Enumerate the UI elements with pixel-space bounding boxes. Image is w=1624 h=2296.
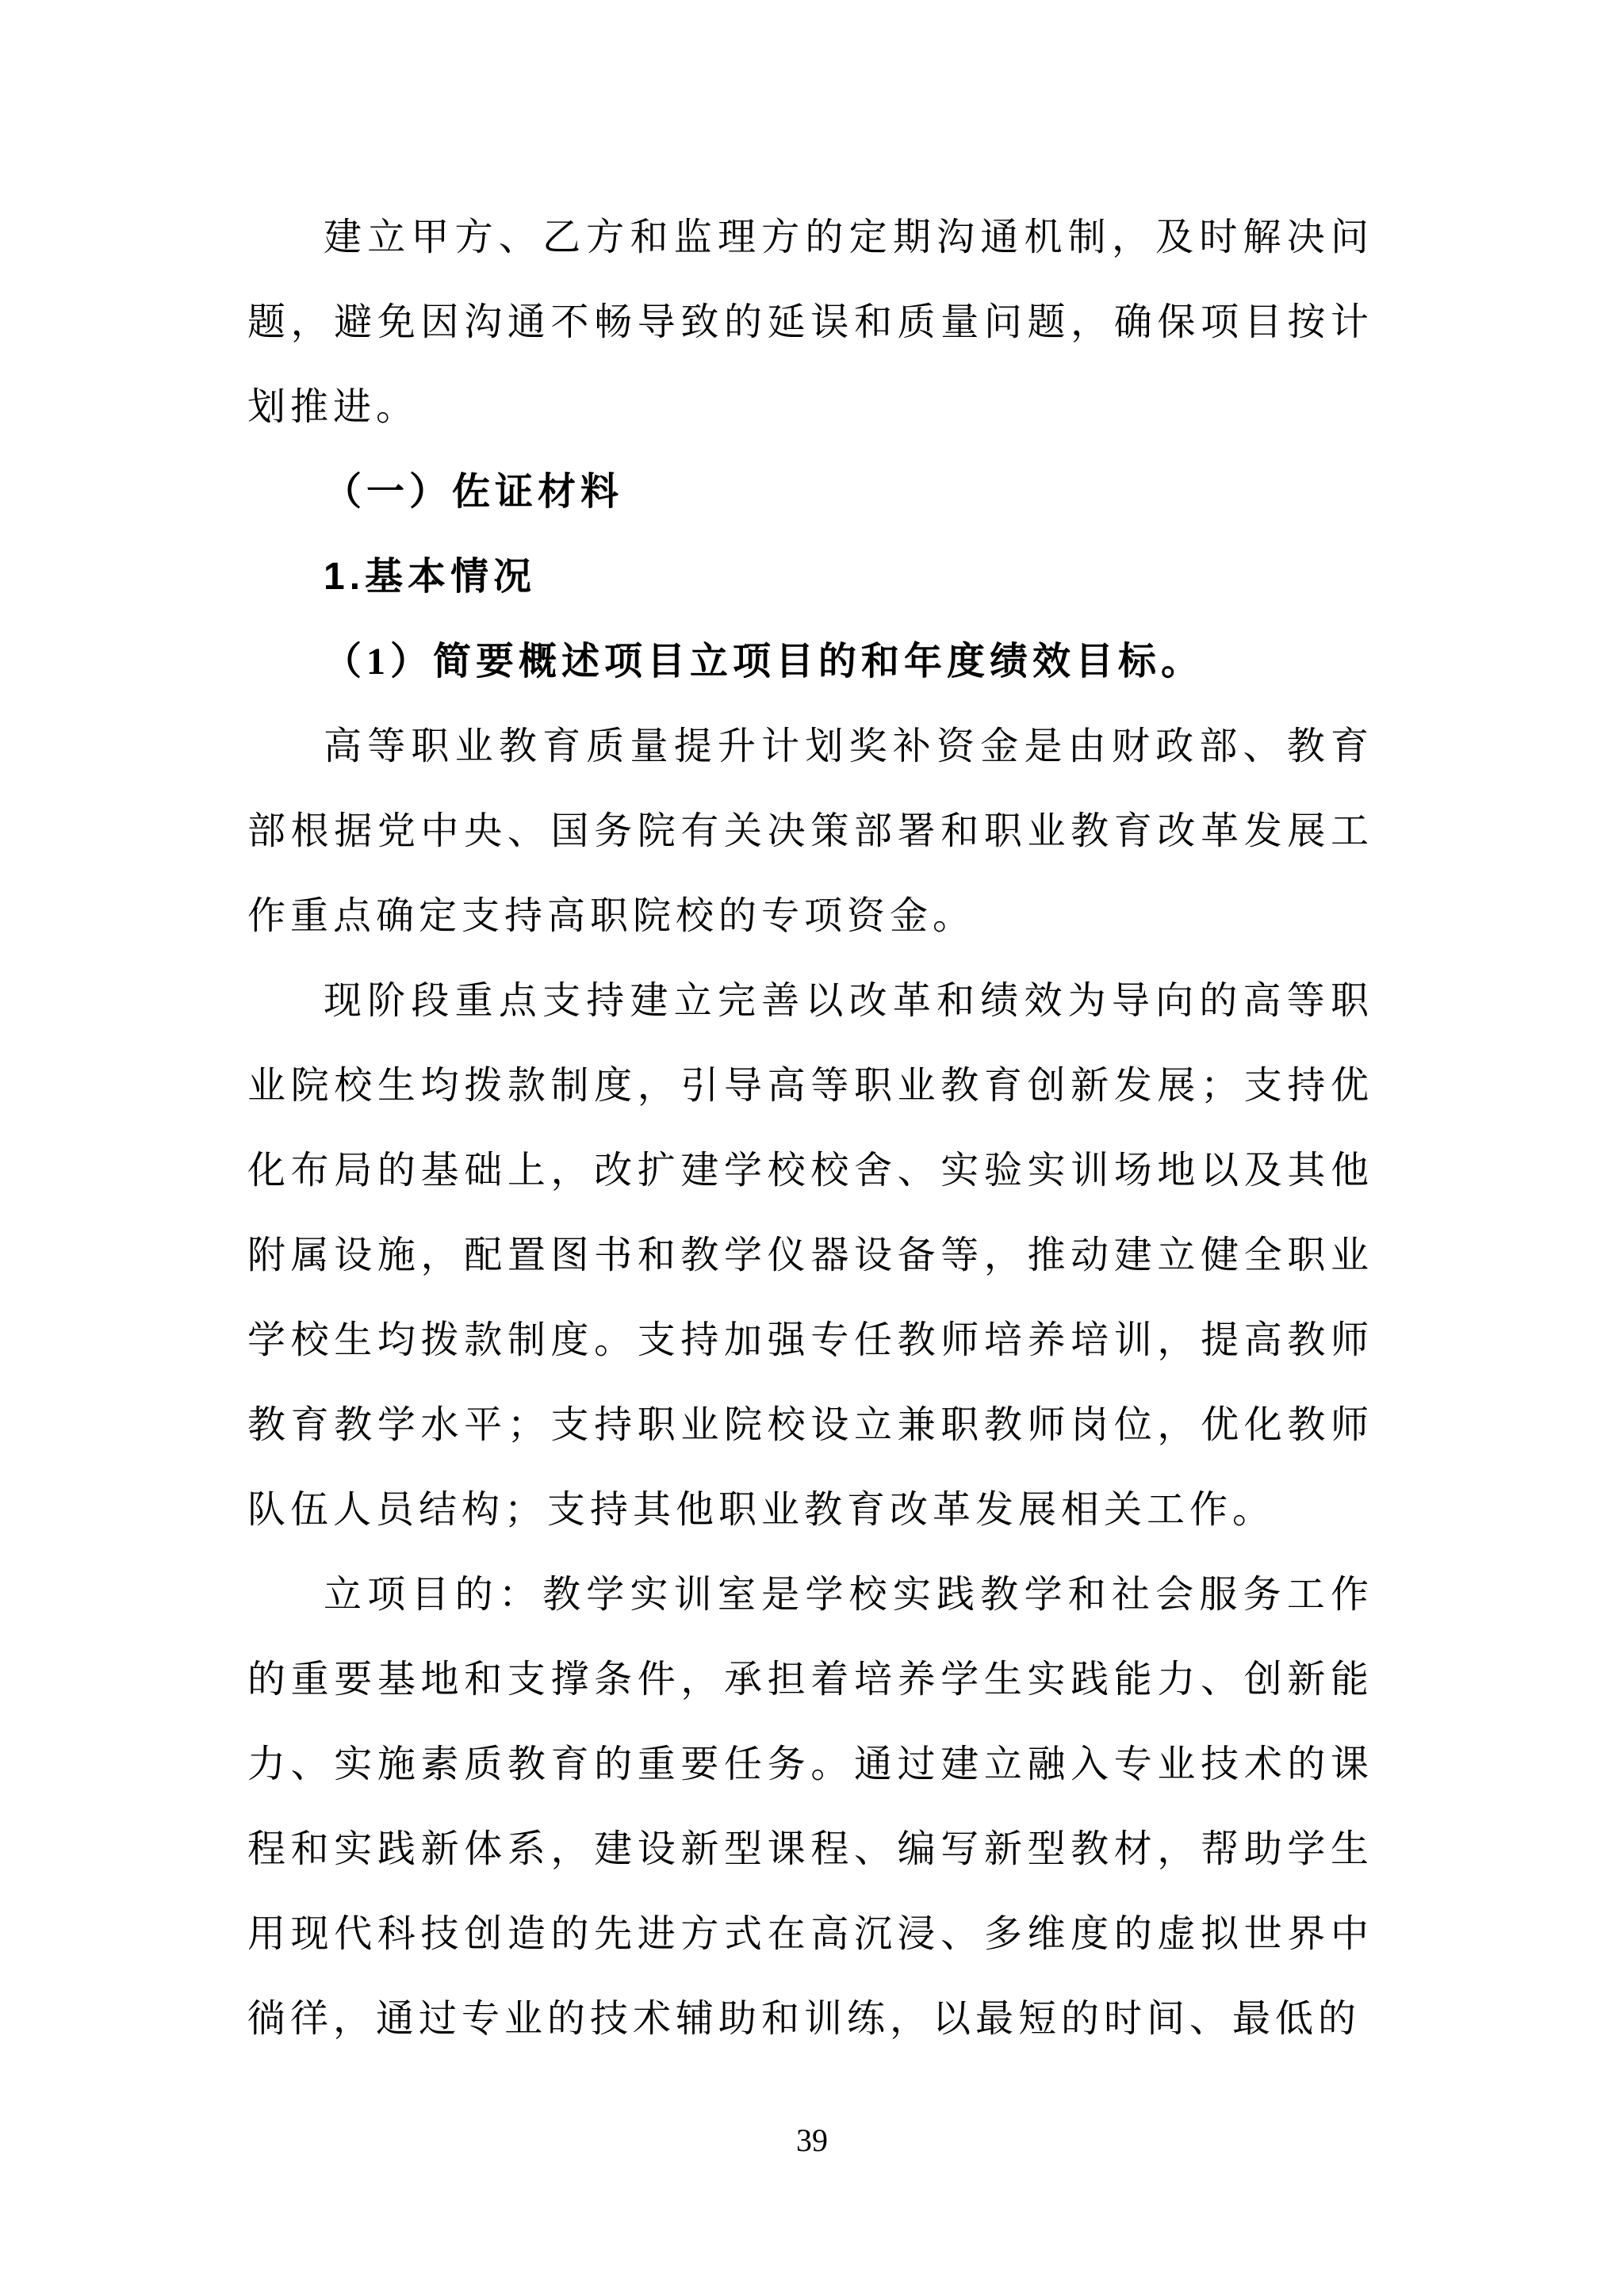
paragraph-communication-mechanism: 建立甲方、乙方和监理方的定期沟通机制，及时解决问题，避免因沟通不畅导致的延误和质… — [247, 195, 1373, 450]
page-content: 建立甲方、乙方和监理方的定期沟通机制，及时解决问题，避免因沟通不畅导致的延误和质… — [247, 195, 1373, 2061]
document-page: 建立甲方、乙方和监理方的定期沟通机制，及时解决问题，避免因沟通不畅导致的延误和质… — [0, 0, 1624, 2296]
paragraph-fund-overview: 高等职业教育质量提升计划奖补资金是由财政部、教育部根据党中央、国务院有关决策部署… — [247, 704, 1373, 959]
paragraph-project-purpose: 立项目的：教学实训室是学校实践教学和社会服务工作的重要基地和支撑条件，承担着培养… — [247, 1552, 1373, 2061]
heading-supporting-materials: （一）佐证材料 — [247, 450, 1373, 534]
heading-project-purpose-title: （1）简要概述项目立项目的和年度绩效目标。 — [247, 619, 1373, 704]
paragraph-current-support: 现阶段重点支持建立完善以改革和绩效为导向的高等职业院校生均拨款制度，引导高等职业… — [247, 959, 1373, 1552]
heading-basic-situation: 1.基本情况 — [247, 534, 1373, 619]
page-number: 39 — [0, 2122, 1624, 2160]
